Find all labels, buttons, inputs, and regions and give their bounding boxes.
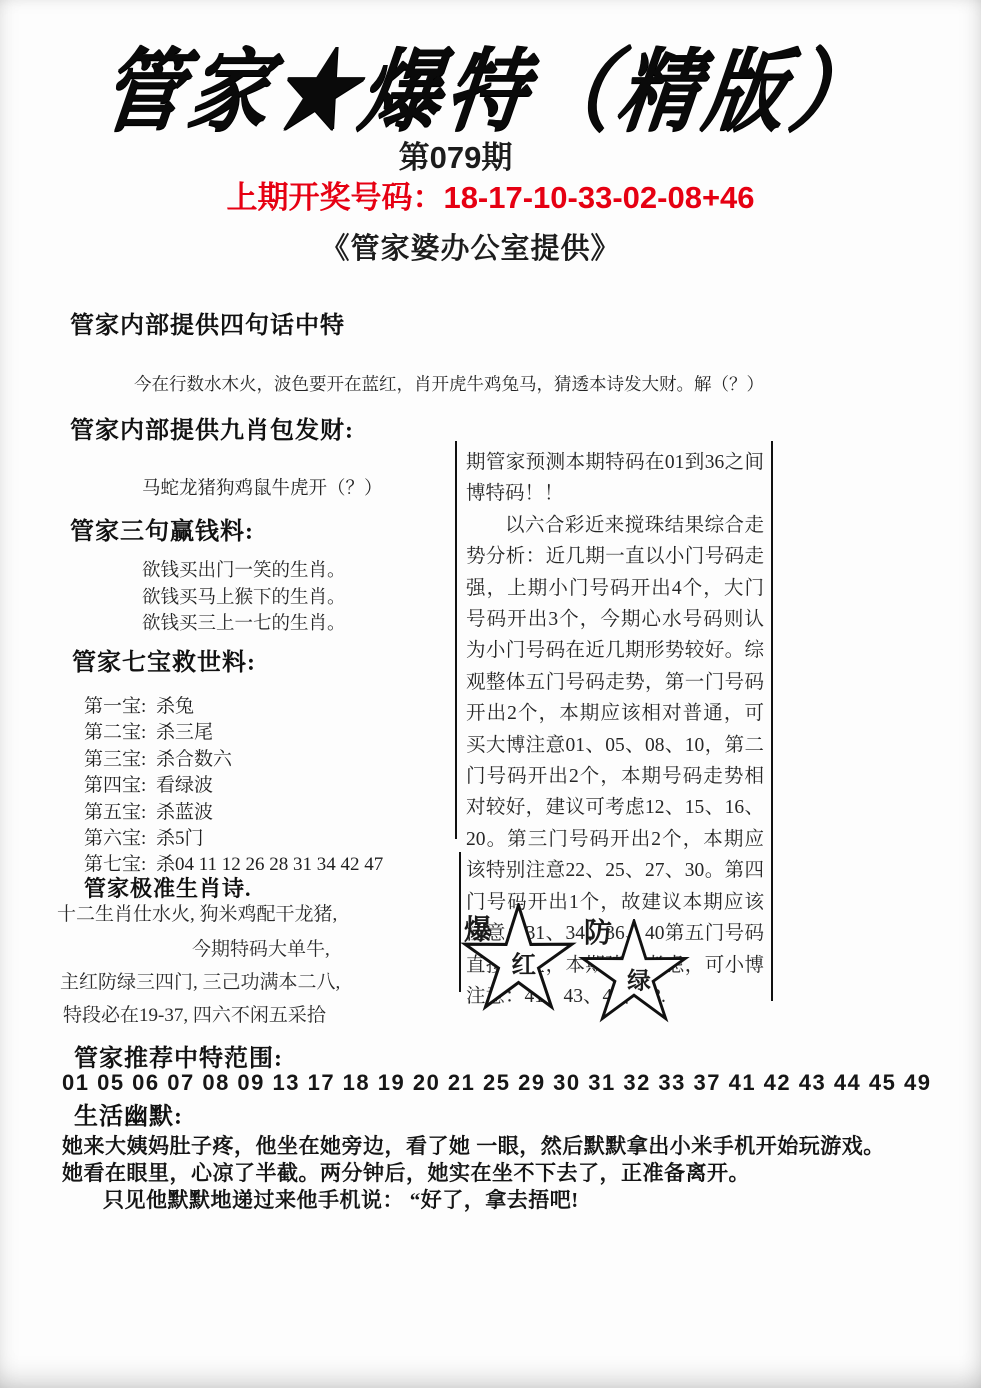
prediction-para1: 期管家预测本期特码在01到36之间博特码！！ [466, 447, 764, 510]
treasure-label: 第一宝: [84, 691, 156, 718]
seven-treasures-heading: 管家七宝救世料: [72, 642, 256, 677]
three-sentences-line: 欲钱买三上一七的生肖。 [142, 609, 346, 635]
treasure-row: 第六宝:杀5门 [84, 823, 204, 850]
tip-sheet-page: 管家★爆特（精版） 第079期 上期开奖号码：18-17-10-33-02-08… [0, 0, 981, 1388]
four-sentence-line: 今在行数水木火，波色要开在蓝红，肖开虎牛鸡兔马，猜透本诗发大财。解（？） [134, 371, 764, 396]
treasure-label: 第二宝: [84, 717, 156, 744]
right-column-right-rule [771, 441, 773, 1001]
green-star-text: 绿 [627, 967, 651, 994]
zodiac-poem-line: 特段必在19-37, 四六不闲五采拾 [63, 1000, 326, 1027]
nine-zodiac-heading: 管家内部提供九肖包发财: [70, 410, 354, 445]
recommend-heading: 管家推荐中特范围: [74, 1038, 283, 1073]
treasure-row: 第二宝:杀三尾 [84, 717, 213, 744]
red-star-text: 红 [511, 951, 536, 979]
guard-label: 防 [584, 911, 612, 951]
treasure-label: 第四宝: [84, 770, 156, 797]
recommend-numbers: 01 05 06 07 08 09 13 17 18 19 20 21 25 2… [62, 1070, 931, 1096]
treasure-value: 杀兔 [156, 696, 194, 717]
treasure-value: 杀合数六 [156, 749, 232, 770]
treasure-value: 杀三尾 [156, 722, 213, 743]
treasure-label: 第三宝: [84, 744, 156, 771]
treasure-row: 第一宝:杀兔 [84, 691, 194, 718]
burst-label: 爆 [464, 908, 492, 948]
zodiac-poem-line: 今期特码大单牛, [192, 934, 330, 961]
treasure-value: 看绿波 [156, 775, 213, 796]
treasure-row: 第三宝:杀合数六 [84, 744, 232, 771]
provider-line: 《管家婆办公室提供》 [0, 226, 961, 267]
three-sentences-heading: 管家三句赢钱料: [70, 511, 254, 546]
three-sentences-line: 欲钱买出门一笑的生肖。 [142, 556, 346, 582]
right-column-left-rule [455, 441, 457, 839]
treasure-row: 第四宝:看绿波 [84, 770, 213, 797]
four-sentence-heading: 管家内部提供四句话中特 [70, 305, 345, 340]
nine-zodiac-line: 马蛇龙猪狗鸡鼠牛虎开（？） [142, 474, 383, 500]
zodiac-poem-line: 主红防绿三四门, 三己功满本二八, [60, 967, 340, 994]
humor-heading: 生活幽默: [74, 1096, 183, 1131]
treasure-label: 第六宝: [84, 823, 156, 850]
issue-number: 第079期 [0, 132, 946, 177]
treasure-label: 第五宝: [84, 797, 156, 824]
humor-line: 只见他默默地递过来他手机说： “好了，拿去捂吧! [103, 1184, 579, 1214]
treasure-row: 第五宝:杀蓝波 [84, 797, 213, 824]
treasure-value: 杀5门 [156, 828, 204, 849]
three-sentences-line: 欲钱买马上猴下的生肖。 [142, 583, 346, 609]
humor-line: 她看在眼里，心凉了半截。两分钟后，她实在坐不下去了，正准备离开。 [62, 1157, 750, 1187]
masthead-title: 管家★爆特（精版） [0, 19, 981, 148]
zodiac-poem-line: 十二生肖仕水火, 狗米鸡配干龙猪, [57, 899, 337, 926]
last-draw-numbers: 上期开奖号码：18-17-10-33-02-08+46 [0, 172, 981, 217]
humor-line: 她来大姨妈肚子疼，他坐在她旁边，看了她 一眼，然后默默拿出小米手机开始玩游戏。 [62, 1130, 885, 1160]
treasure-value: 杀蓝波 [156, 802, 213, 823]
